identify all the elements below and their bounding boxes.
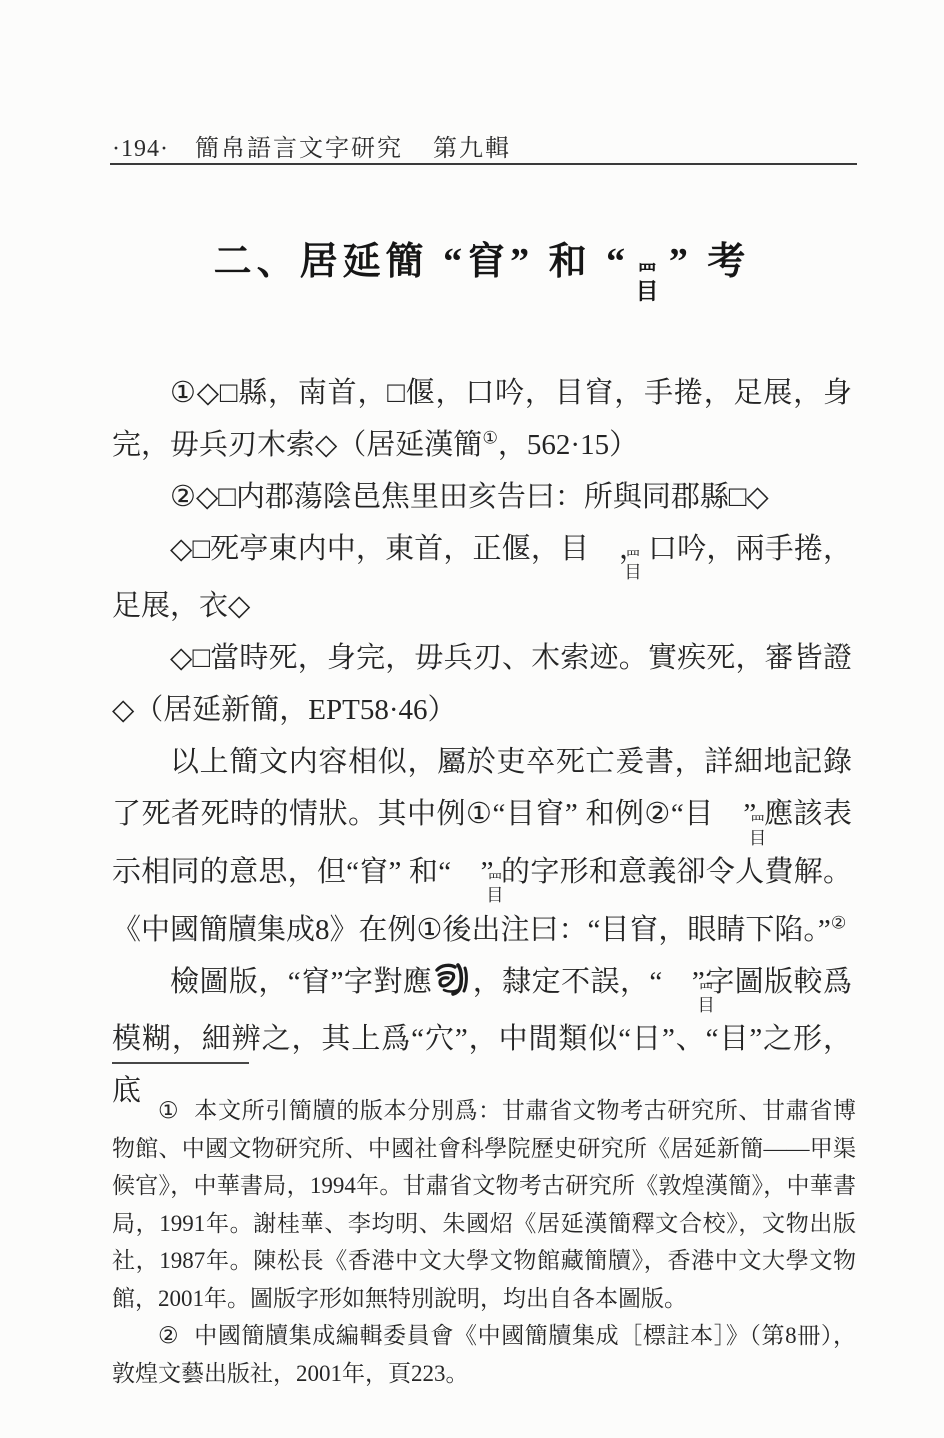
section-title: 二、居延簡 “窅” 和 “罒目” 考 xyxy=(112,238,852,303)
paragraph-example-2-line-1: ②◇□内郡蕩陰邑焦里田亥告曰：所與同郡縣□◇ xyxy=(112,471,852,523)
special-char-net-over-eye: 罒目 xyxy=(714,817,744,846)
special-char-net-over-eye: 罒目 xyxy=(589,552,619,581)
paragraph-example-1: ①◇□縣，南首，□偃，口吟，目窅，手捲，足展，身完，毋兵刃木索◇（居延漢簡①，5… xyxy=(112,367,852,471)
slip-character-image xyxy=(432,960,472,998)
slip-glyph-strokes xyxy=(432,960,472,998)
footnote-separator xyxy=(112,1062,249,1064)
footnote-2-marker: ② xyxy=(158,1323,179,1348)
footnote-2: ②中國簡牘集成編輯委員會《中國簡牘集成［標註本］》（第8冊），敦煌文藝出版社，2… xyxy=(112,1317,856,1392)
special-char-net-over-eye: 罒目 xyxy=(630,265,669,303)
page-body: 二、居延簡 “窅” 和 “罒目” 考 ①◇□縣，南首，□偃，口吟，目窅，手捲，足… xyxy=(112,238,852,1117)
footnote-1-text: 本文所引簡牘的版本分別爲：甘肅省文物考古研究所、甘肅省博物館、中國文物研究所、中… xyxy=(112,1098,856,1311)
page-number: ·194· xyxy=(112,136,169,163)
footnote-1: ①本文所引簡牘的版本分別爲：甘肅省文物考古研究所、甘肅省博物館、中國文物研究所、… xyxy=(112,1092,856,1317)
special-char-net-over-eye: 罒目 xyxy=(662,985,692,1014)
footnote-ref: ② xyxy=(831,912,847,932)
paragraph-analysis-1: 以上簡文内容相似，屬於吏卒死亡爰書，詳細地記錄了死者死時的情狀。其中例①“目窅”… xyxy=(112,736,852,955)
footnotes-section: ①本文所引簡牘的版本分別爲：甘肅省文物考古研究所、甘肅省博物館、中國文物研究所、… xyxy=(112,1062,856,1392)
special-char-net-over-eye: 罒目 xyxy=(451,875,481,904)
paragraph-example-2-line-3: ◇□當時死，身完，毋兵刃、木索迹。實疾死，審皆證◇（居延新簡，EPT58·46） xyxy=(112,632,852,736)
volume-label: 第九輯 xyxy=(433,128,511,163)
book-title: 簡帛語言文字研究 xyxy=(195,128,403,163)
header-rule xyxy=(110,163,857,165)
footnote-2-text: 中國簡牘集成編輯委員會《中國簡牘集成［標註本］》（第8冊），敦煌文藝出版社，20… xyxy=(112,1323,856,1386)
running-header: ·194· 簡帛語言文字研究 第九輯 xyxy=(112,128,852,163)
footnote-1-marker: ① xyxy=(158,1098,179,1123)
body-text: ①◇□縣，南首，□偃，口吟，目窅，手捲，足展，身完，毋兵刃木索◇（居延漢簡①，5… xyxy=(112,367,852,1118)
scanned-book-page: ·194· 簡帛語言文字研究 第九輯 二、居延簡 “窅” 和 “罒目” 考 ①◇… xyxy=(0,0,944,1438)
footnote-ref: ① xyxy=(482,427,498,447)
paragraph-example-2-line-2: ◇□死亭東内中，東首，正偃，目罒目，口吟，兩手捲，足展，衣◇ xyxy=(112,523,852,633)
